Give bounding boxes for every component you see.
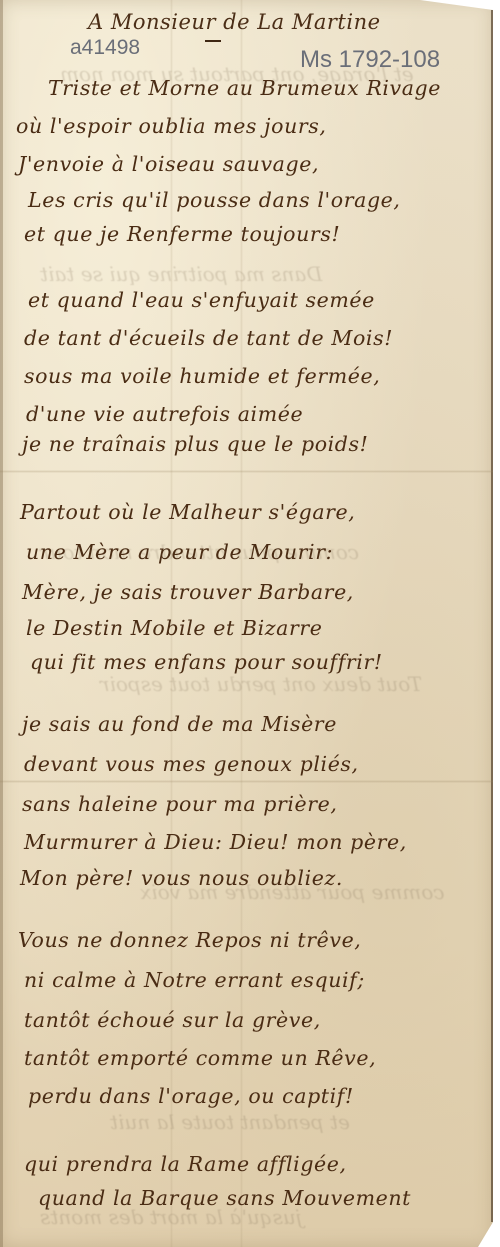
paper-fold-crease [0,780,493,783]
verse-line: Les cris qu'il pousse dans l'orage, [28,188,401,212]
verse-line: d'une vie autrefois aimée [26,402,303,426]
verse-line: où l'espoir oublia mes jours, [16,114,327,138]
verse-line: Mon père! vous nous oubliez. [20,866,343,890]
verse-line: de tant d'écueils de tant de Mois! [24,326,393,350]
verse-line: tantôt emporté comme un Rêve, [24,1046,376,1070]
verse-line: sous ma voile humide et fermée, [24,364,380,388]
manuscript-page: et l'orage, ont partout su mon nom Dans … [0,0,493,1247]
verse-line: et que je Renferme toujours! [24,222,340,246]
verse-line: je sais au fond de ma Misère [22,712,337,736]
verse-line: Triste et Morne au Brumeux Rivage [48,76,441,100]
verse-line: une Mère a peur de Mourir: [26,540,333,564]
bleed-through-text: Dans ma poitrine qui se tait [40,262,322,286]
verse-line: tantôt échoué sur la grève, [24,1008,321,1032]
verse-line: le Destin Mobile et Bizarre [26,616,322,640]
pencil-reference-left: a41498 [70,36,140,60]
verse-line: qui fit mes enfans pour souffrir! [30,650,383,674]
page-right-edge [491,10,493,1222]
verse-line: je ne traînais plus que le poids! [22,432,369,456]
verse-line: qui prendra la Rame affligée, [24,1152,347,1176]
verse-line: perdu dans l'orage, ou captif! [28,1084,354,1108]
bleed-through-text: et pendant toute la nuit [110,1110,350,1134]
pencil-reference-right: Ms 1792-108 [300,46,440,74]
verse-line: Murmurer à Dieu: Dieu! mon père, [24,830,407,854]
title-dash [205,40,221,42]
verse-line: Partout où le Malheur s'égare, [20,500,355,524]
page-left-edge [0,0,3,1247]
verse-line: et quand l'eau s'enfuyait semée [28,288,375,312]
page-title: A Monsieur de La Martine [88,10,381,34]
verse-line: sans haleine pour ma prière, [22,792,338,816]
verse-line: Mère, je sais trouver Barbare, [22,580,354,604]
paper-fold-crease [0,470,493,473]
verse-line: J'envoie à l'oiseau sauvage, [18,152,319,176]
bleed-through-text: Tout deux ont perdu tout espoir [100,672,422,696]
verse-line: quand la Barque sans Mouvement [38,1186,411,1210]
verse-line: ni calme à Notre errant esquif; [24,968,365,992]
verse-line: Vous ne donnez Repos ni trêve, [18,928,361,952]
verse-line: devant vous mes genoux pliés, [24,752,359,776]
